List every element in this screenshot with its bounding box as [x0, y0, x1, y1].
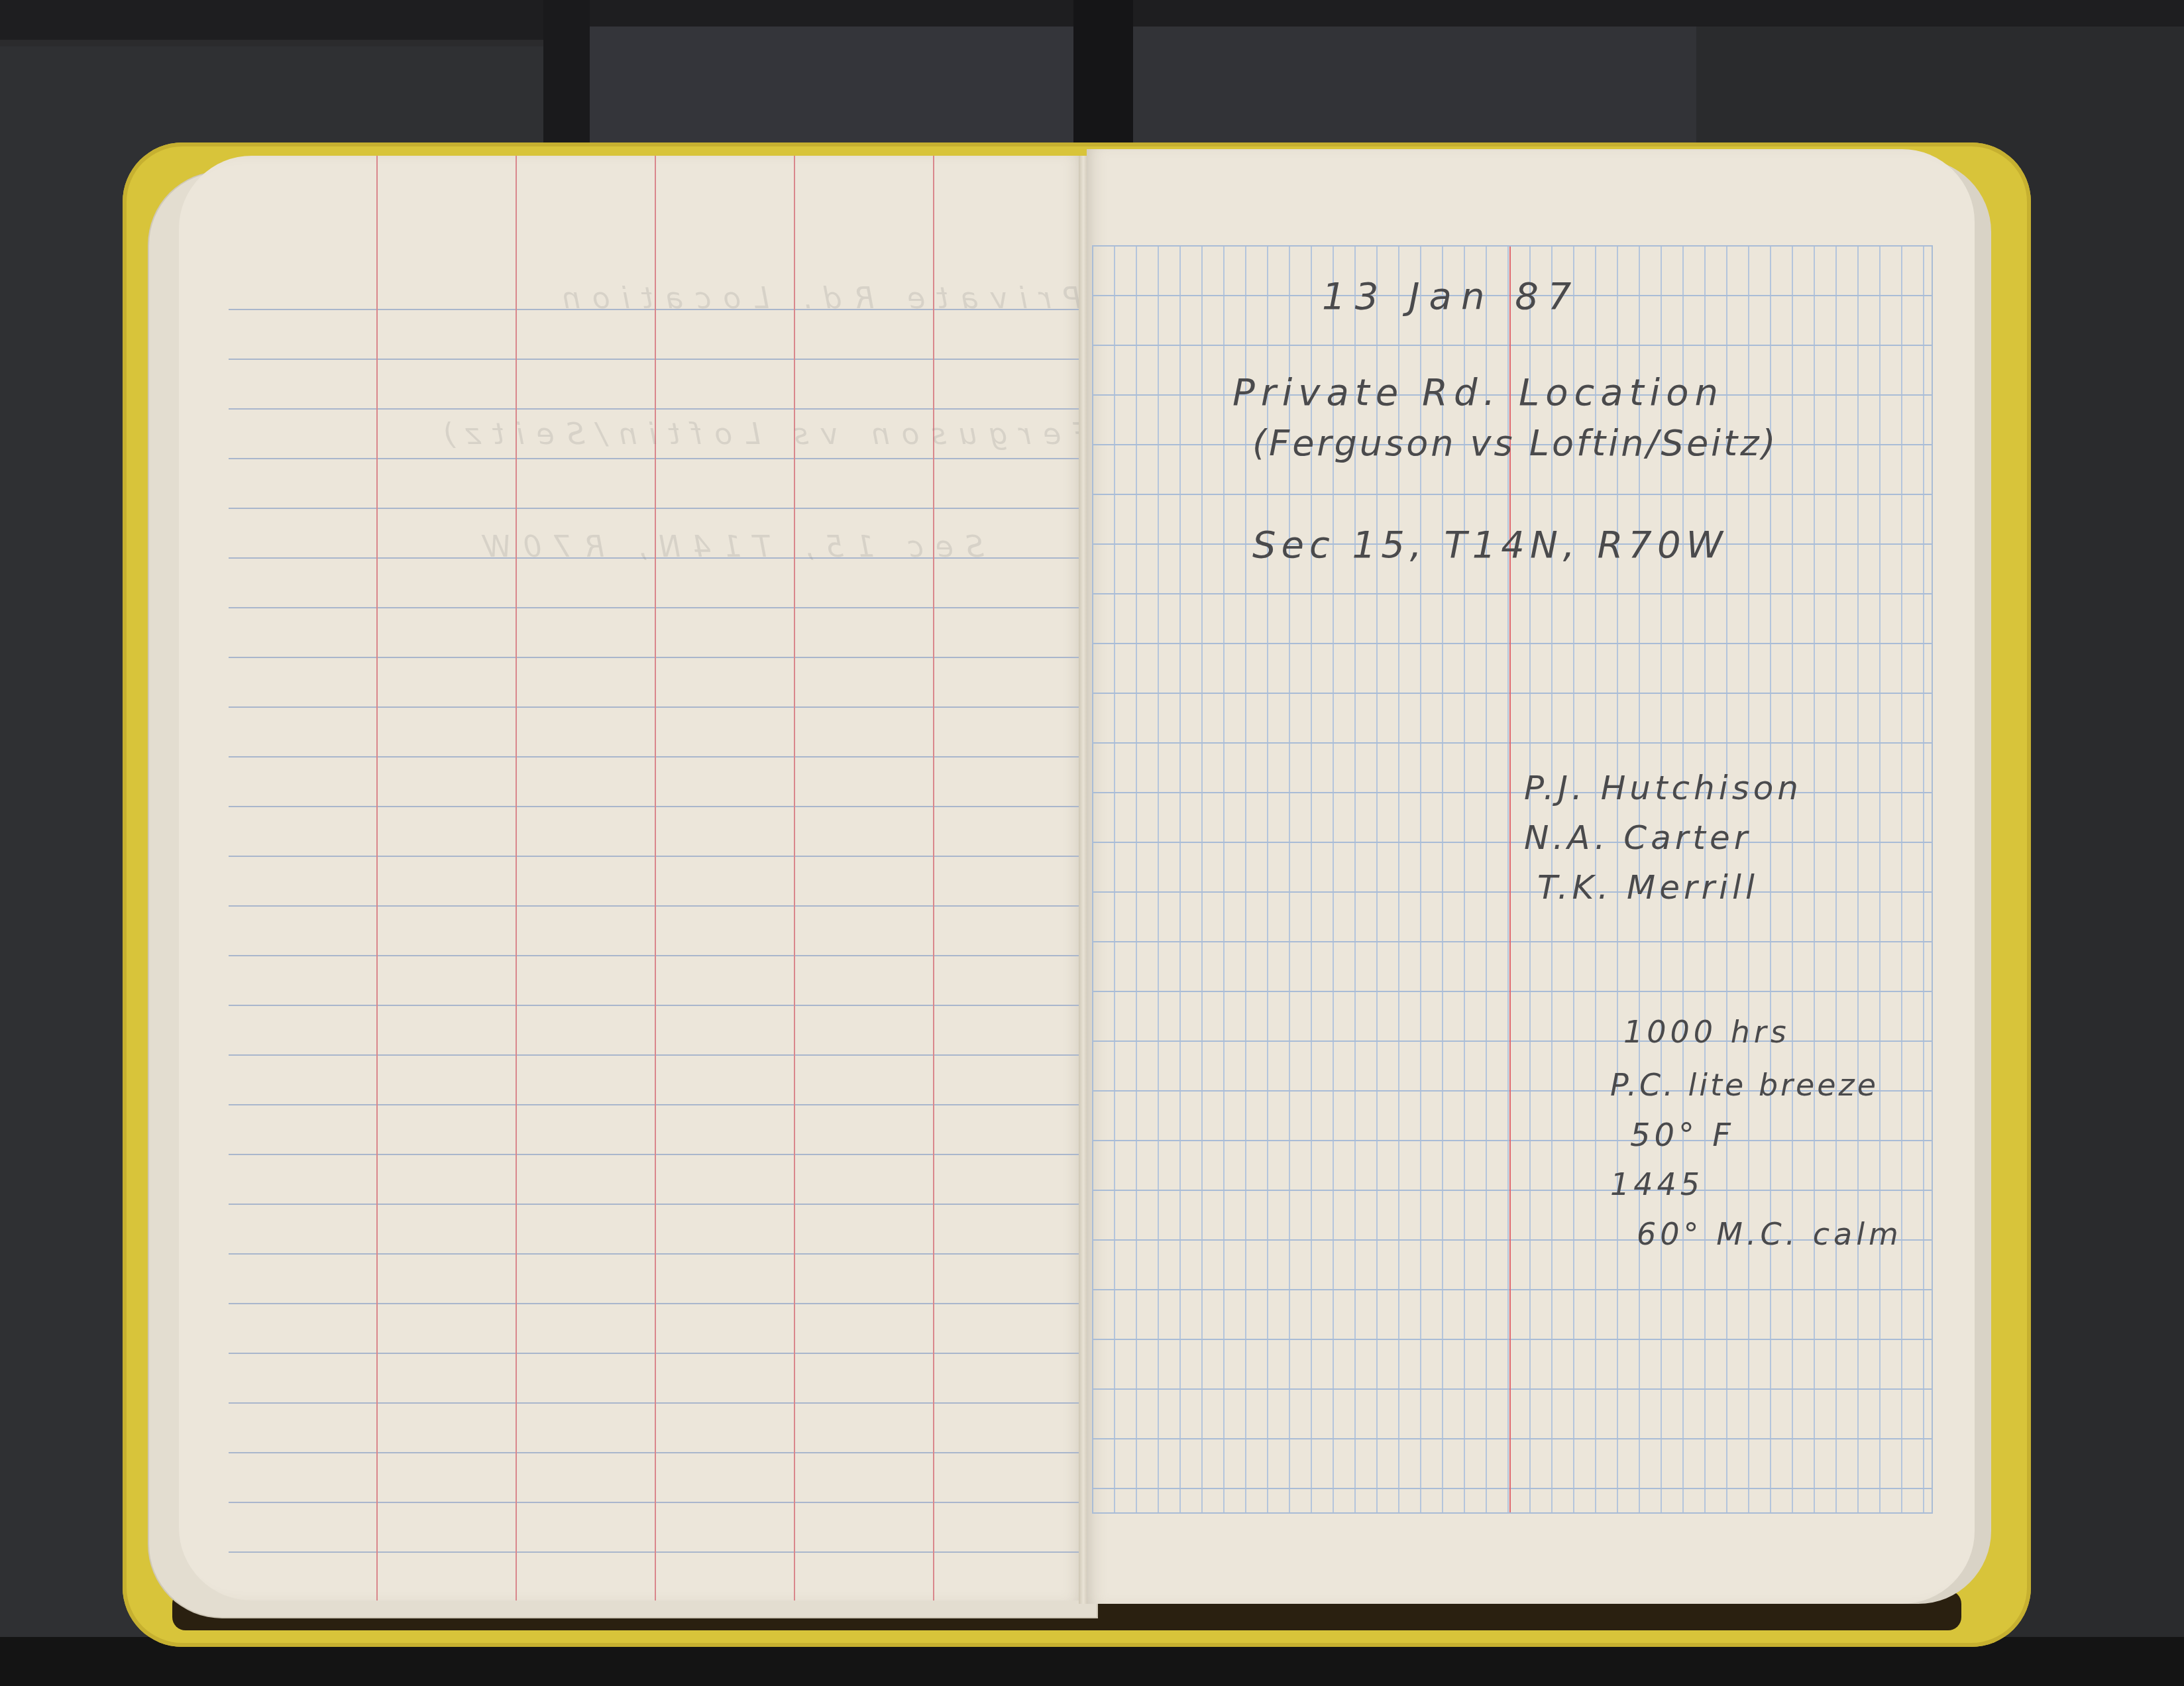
- column-rule-3: [655, 156, 656, 1601]
- weather-time-1: 1000 hrs: [1623, 1014, 1790, 1050]
- date-entry: 13 Jan 87: [1322, 275, 1580, 318]
- left-page-ruled-lines: [229, 260, 1083, 1553]
- show-through-text: (Ferguson vs Loftin/Seitz): [431, 418, 1083, 451]
- background-panel-center: [590, 27, 1093, 159]
- background-clip: [543, 0, 590, 152]
- background-clip-center: [1073, 0, 1133, 156]
- weather-conditions-1: P.C. lite breeze: [1610, 1067, 1879, 1103]
- weather-time-2: 1445: [1610, 1166, 1704, 1202]
- column-rule-1: [376, 156, 378, 1601]
- background-panel-right: [1133, 27, 1696, 159]
- crew-member-1: P.J. Hutchison: [1524, 769, 1802, 807]
- show-through-text: Private Rd. Location: [550, 282, 1081, 315]
- legal-description: Sec 15, T14N, R70W: [1252, 524, 1728, 567]
- column-rule-2: [516, 156, 517, 1601]
- column-rule-5: [933, 156, 934, 1601]
- crew-member-3: T.K. Merrill: [1537, 868, 1759, 907]
- title-line-2: (Ferguson vs Loftin/Seitz): [1252, 422, 1778, 464]
- crew-member-2: N.A. Carter: [1524, 818, 1751, 857]
- weather-conditions-2: 60° M.C. calm: [1637, 1216, 1902, 1252]
- column-rule-4: [794, 156, 795, 1601]
- show-through-text: Sec 15, T14N, R70W: [470, 530, 984, 564]
- left-page: Private Rd. Location (Ferguson vs Loftin…: [179, 156, 1083, 1601]
- weather-temp-1: 50° F: [1630, 1117, 1735, 1154]
- title-line-1: Private Rd. Location: [1232, 371, 1724, 414]
- right-page: 13 Jan 87 Private Rd. Location (Ferguson…: [1087, 149, 1975, 1604]
